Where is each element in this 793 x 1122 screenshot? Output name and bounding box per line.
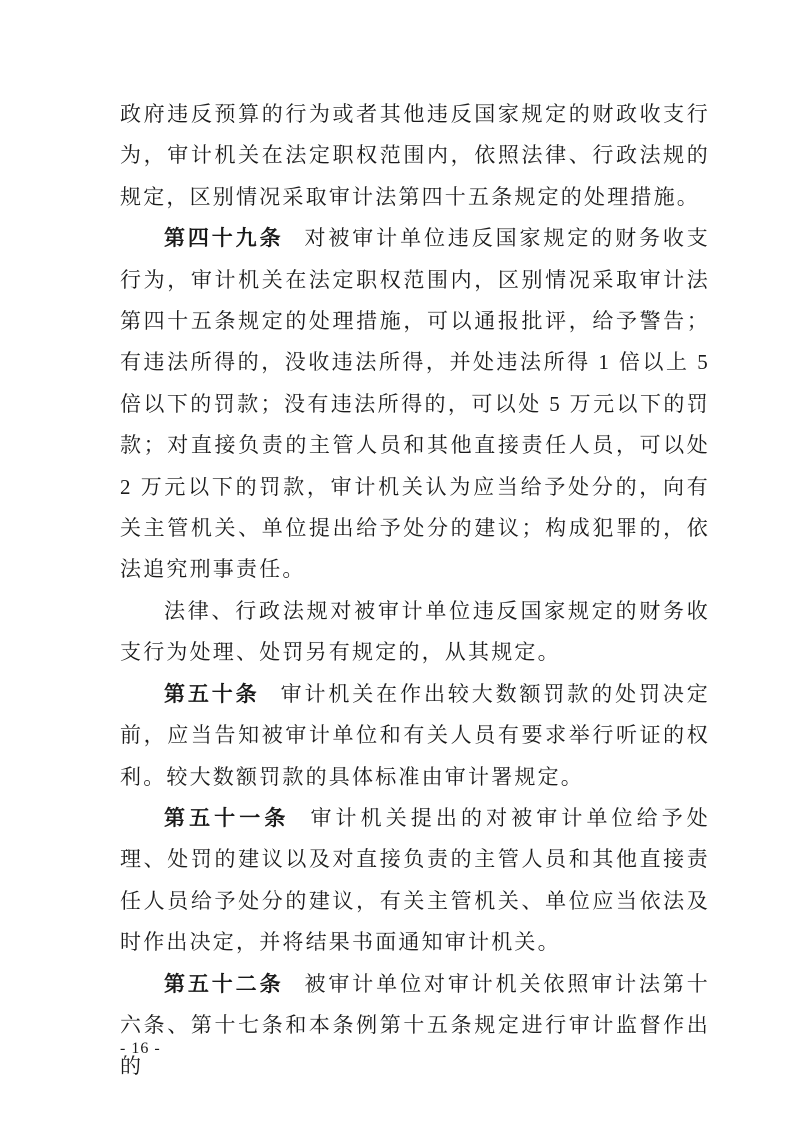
page-footer: - 16 - — [120, 1040, 161, 1058]
article-50-number: 第五十条 — [164, 683, 260, 706]
article-49-supplement-text: 法律、行政法规对被审计单位违反国家规定的财务收支行为处理、处罚另有规定的，从其规… — [120, 599, 710, 664]
article-52-number: 第五十二条 — [164, 973, 283, 996]
article-51-paragraph: 第五十一条审计机关提出的对被审计单位给予处理、处罚的建议以及对直接负责的主管人员… — [120, 798, 710, 964]
document-body: 政府违反预算的行为或者其他违反国家规定的财政收支行为，审计机关在法定职权范围内，… — [120, 94, 710, 1088]
article-50-paragraph: 第五十条审计机关在作出较大数额罚款的处罚决定前，应当告知被审计单位和有关人员有要… — [120, 674, 710, 798]
paragraph-continuation: 政府违反预算的行为或者其他违反国家规定的财政收支行为，审计机关在法定职权范围内，… — [120, 94, 710, 218]
article-49-paragraph: 第四十九条对被审计单位违反国家规定的财务收支行为，审计机关在法定职权范围内，区别… — [120, 218, 710, 591]
article-51-number: 第五十一条 — [164, 807, 289, 830]
document-page: 政府违反预算的行为或者其他违反国家规定的财政收支行为，审计机关在法定职权范围内，… — [0, 0, 793, 1122]
page-number: - 16 - — [120, 1040, 161, 1057]
article-52-paragraph: 第五十二条被审计单位对审计机关依照审计法第十六条、第十七条和本条例第十五条规定进… — [120, 964, 710, 1088]
article-49-number: 第四十九条 — [164, 227, 283, 250]
article-49-supplement-paragraph: 法律、行政法规对被审计单位违反国家规定的财务收支行为处理、处罚另有规定的，从其规… — [120, 591, 710, 674]
article-49-text: 对被审计单位违反国家规定的财务收支行为，审计机关在法定职权范围内，区别情况采取审… — [120, 226, 710, 581]
paragraph-continuation-text: 政府违反预算的行为或者其他违反国家规定的财政收支行为，审计机关在法定职权范围内，… — [120, 102, 710, 209]
